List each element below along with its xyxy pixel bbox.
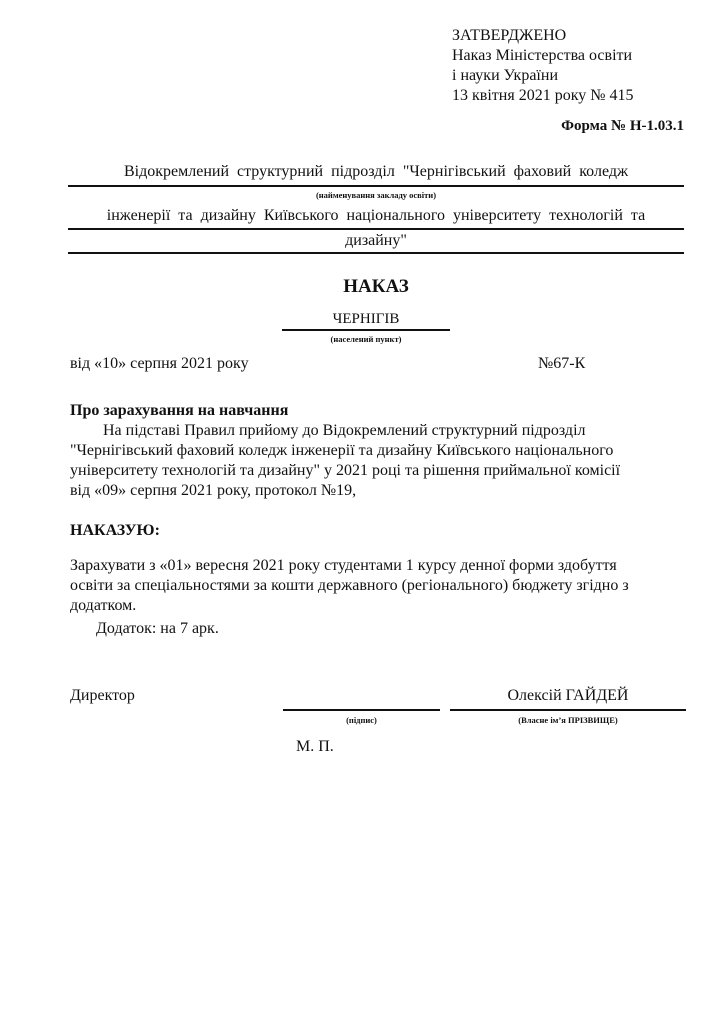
signature-caption: (підпис) xyxy=(283,715,440,725)
order-subject: Про зарахування на навчання xyxy=(70,401,288,420)
approval-line-3: 13 квітня 2021 року № 415 xyxy=(452,86,634,105)
order-date: від «10» серпня 2021 року xyxy=(70,354,249,373)
institution-underline-1 xyxy=(68,185,684,187)
approval-title: ЗАТВЕРДЖЕНО xyxy=(452,26,566,45)
institution-underline-3 xyxy=(68,252,684,254)
institution-line-3: дизайну" xyxy=(68,231,684,250)
signatory-position: Директор xyxy=(70,686,135,705)
signature-line xyxy=(283,709,440,711)
approval-line-1: Наказ Міністерства освіти xyxy=(452,46,632,65)
appendix-note: Додаток: на 7 арк. xyxy=(96,619,219,638)
signatory-name: Олексій ГАЙДЕЙ xyxy=(450,686,686,705)
preamble-line-3: університету технологій та дизайну" у 20… xyxy=(70,461,620,480)
institution-caption: (найменування закладу освіти) xyxy=(68,190,684,200)
preamble-line-1: На підставі Правил прийому до Відокремле… xyxy=(103,421,586,440)
order-title: НАКАЗ xyxy=(68,276,684,298)
order-number: №67-К xyxy=(538,354,585,373)
city-underline xyxy=(282,329,450,331)
name-line xyxy=(450,709,686,711)
institution-line-1: Відокремлений структурний підрозділ "Чер… xyxy=(68,162,684,181)
directive-line-1: Зарахувати з «01» вересня 2021 року студ… xyxy=(70,556,617,575)
preamble-line-2: "Чернігівський фаховий коледж інженерії … xyxy=(70,441,613,460)
order-city: ЧЕРНІГІВ xyxy=(282,310,450,329)
approval-line-2: і науки України xyxy=(452,66,558,85)
directive-line-2: освіти за спеціальностями за кошти держа… xyxy=(70,576,629,595)
form-number: Форма № Н-1.03.1 xyxy=(561,117,684,136)
institution-underline-2 xyxy=(68,228,684,230)
preamble-line-4: від «09» серпня 2021 року, протокол №19, xyxy=(70,481,356,500)
name-caption: (Власне ім’я ПРІЗВИЩЕ) xyxy=(450,715,686,725)
seal-mark: М. П. xyxy=(296,737,334,756)
institution-line-2: інженерії та дизайну Київського націонал… xyxy=(68,206,684,225)
orders-heading: НАКАЗУЮ: xyxy=(70,521,160,540)
directive-line-3: додатком. xyxy=(70,596,136,615)
city-caption: (населений пункт) xyxy=(282,334,450,344)
